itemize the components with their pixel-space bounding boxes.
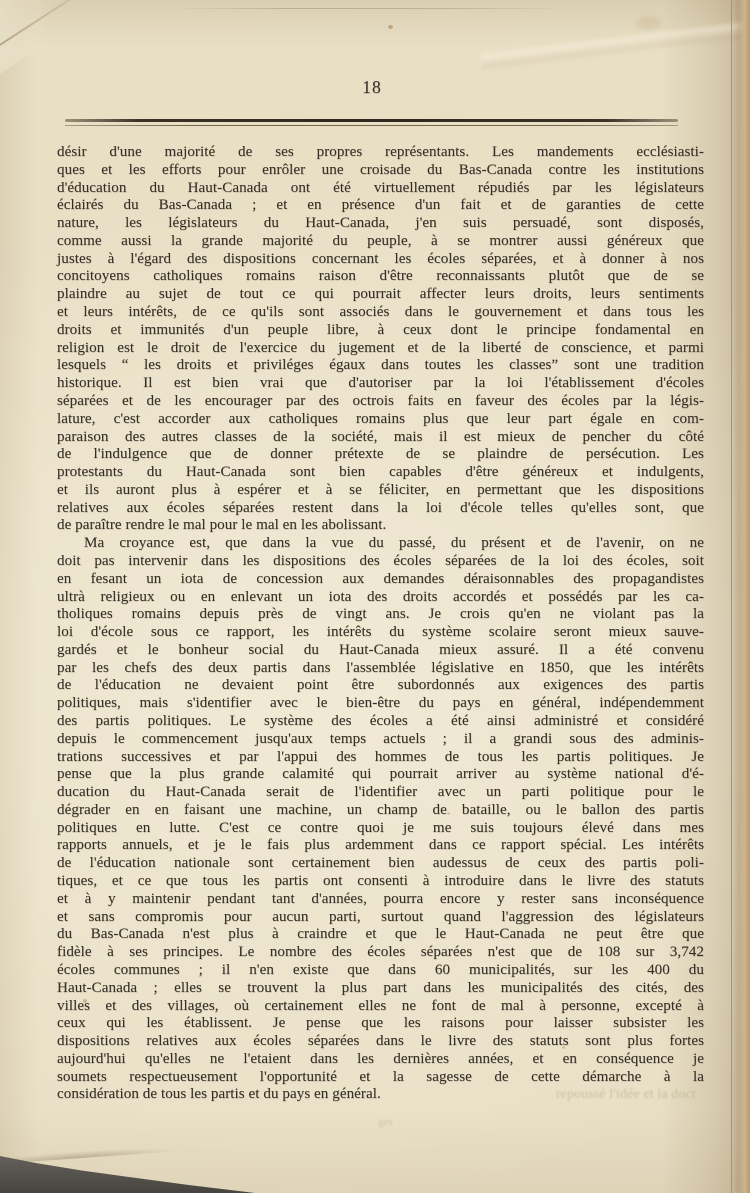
text-line: depuis le commencement jusqu'aux temps a…	[57, 731, 704, 749]
text-line: historique. Il est bien vrai que d'autor…	[57, 375, 704, 393]
paragraph: Ma croyance est, que dans la vue du pass…	[57, 535, 704, 1104]
page-number: 18	[0, 77, 744, 98]
text-line: trations successives et par l'appui des …	[57, 749, 704, 767]
bleed-through-text: repoussé l'idée et la doct	[556, 1086, 750, 1102]
text-line: des partis politiques. Le système des éc…	[57, 713, 704, 731]
page-corner-shadow	[0, 1130, 250, 1163]
text-line: concitoyens catholiques romains raison d…	[57, 268, 704, 286]
header-double-rule	[65, 119, 678, 128]
text-line: politiques, mais s'identifier avec le bi…	[57, 695, 704, 713]
text-line: de paraître rendre le mal pour le mal en…	[57, 517, 704, 535]
text-line: et leurs intérêts, de ce qu'ils sont ass…	[57, 304, 704, 322]
text-line: Haut-Canada ; elles se trouvent la plus …	[57, 980, 704, 998]
text-line: et ils auront plus à espérer et à se fél…	[57, 482, 704, 500]
paper-stain	[388, 25, 393, 29]
text-line: ducation du Haut-Canada serait de l'iden…	[57, 784, 704, 802]
text-line: paraison des autres classes de la sociét…	[57, 429, 704, 447]
bleed-through-mark: ges	[378, 1116, 393, 1128]
paper-crease-top	[170, 8, 570, 9]
text-line: de l'indulgence que de donner prétexte d…	[57, 446, 704, 464]
text-line: du Bas-Canada n'est plus à craindre et q…	[57, 926, 704, 944]
text-line: pense que la plus grande calamité qui po…	[57, 766, 704, 784]
text-line: lesquels “ les droits et priviléges égau…	[57, 357, 704, 375]
text-line: fidèle à ses principes. Le nombre des éc…	[57, 944, 704, 962]
text-line: aujourd'hui qu'elles ne l'etaient dans l…	[57, 1051, 704, 1069]
text-line: de l'éducation nationale sont certaineme…	[57, 855, 704, 873]
rule-thick-line	[65, 119, 678, 122]
text-line: politiques en lutte. C'est ce contre quo…	[57, 820, 704, 838]
text-line: relatives aux écoles séparées restent da…	[57, 500, 704, 518]
text-line: en fesant un iota de concession aux dema…	[57, 571, 704, 589]
paragraph: désir d'une majorité de ses propres repr…	[57, 144, 704, 535]
paper-stain	[83, 999, 87, 1003]
text-line: éclairés du Bas-Canada ; et en présence …	[57, 197, 704, 215]
text-line: rapports annuels, et je le fais plus ard…	[57, 837, 704, 855]
text-line: soumets respectueusement l'opportunité e…	[57, 1069, 704, 1087]
page-corner-underlay	[0, 0, 93, 74]
text-line: et sans compromis pour aucun parti, surt…	[57, 909, 704, 927]
text-line: protestants du Haut-Canada sont bien cap…	[57, 464, 704, 482]
text-line: justes à l'égard des dispositions concer…	[57, 251, 704, 269]
paper-crease-top-right	[480, 21, 750, 69]
text-line: dégrader en en faisant une machine, un c…	[57, 802, 704, 820]
text-line: et à y maintenir pendant tant d'années, …	[57, 891, 704, 909]
text-line: ultrà religieux ou en enlevant un iota d…	[57, 589, 704, 607]
scanned-document-page: 18 désir d'une majorité de ses propres r…	[0, 0, 750, 1193]
text-line: religion est le droit de l'exercice du j…	[57, 340, 704, 358]
text-line: droits et immunités d'un peuple libre, à…	[57, 322, 704, 340]
text-line: tiques, et ce que tous les partis ont co…	[57, 873, 704, 891]
text-line: tholiques romains depuis près de vingt a…	[57, 606, 704, 624]
text-line: d'éducation du Haut-Canada ont été virtu…	[57, 180, 704, 198]
body-text-block: désir d'une majorité de ses propres repr…	[57, 144, 704, 1104]
text-line: ques et les efforts pour enrôler une cro…	[57, 162, 704, 180]
text-line: plaindre au sujet de tout ce qui pourrai…	[57, 286, 704, 304]
text-line: de l'éducation ne devaient point être su…	[57, 677, 704, 695]
paper-stain	[447, 812, 450, 815]
text-line: nature, les législateurs du Haut-Canada,…	[57, 215, 704, 233]
text-line: séparées et de les encourager par des oc…	[57, 393, 704, 411]
rule-thin-line	[65, 125, 678, 126]
paper-stain	[371, 203, 374, 206]
text-line: loi d'école sous ce rapport, les intérêt…	[57, 624, 704, 642]
text-line: villes et des villages, où certainement …	[57, 998, 704, 1016]
text-line: dispositions relatives aux écoles séparé…	[57, 1033, 704, 1051]
text-line: Ma croyance est, que dans la vue du pass…	[57, 535, 704, 553]
text-line: gardés et le bonheur social du Haut-Cana…	[57, 642, 704, 660]
text-line: comme aussi la grande majorité du peuple…	[57, 233, 704, 251]
text-line: écoles communes ; il n'en existe que dan…	[57, 962, 704, 980]
text-line: par les chefs des deux partis dans l'ass…	[57, 660, 704, 678]
paper-stain	[562, 1046, 565, 1049]
text-line: ceux qui les établissent. Je pense que l…	[57, 1015, 704, 1033]
paper-stain	[636, 16, 662, 30]
text-line: doit pas intervenir dans les disposition…	[57, 553, 704, 571]
book-page-right-edge	[731, 0, 750, 1193]
text-line: lature, c'est accorder aux catholiques r…	[57, 411, 704, 429]
text-line: désir d'une majorité de ses propres repr…	[57, 144, 704, 162]
